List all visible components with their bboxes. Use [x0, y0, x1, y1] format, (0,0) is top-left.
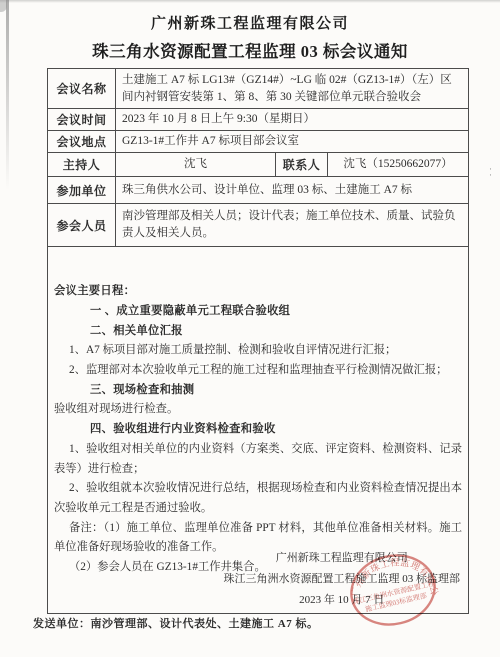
meeting-time-value: 2023 年 10 月 8 日上午 9:30（星期日） [116, 109, 469, 131]
scan-artifact-top-edge [0, 0, 500, 3]
meeting-place-label: 会议地点 [48, 131, 116, 153]
joining-units-label: 参加单位 [48, 177, 116, 204]
agenda-item: 验收组对现场进行检查。 [54, 400, 462, 420]
attendees-label: 参会人员 [48, 204, 116, 247]
meeting-place-value: GZ13-1#工作井 A7 标项目部会议室 [116, 131, 469, 153]
meeting-name-label: 会议名称 [48, 69, 116, 109]
agenda-item: 四、验收组进行内业资料检查和验收 [54, 420, 462, 440]
footer-send-units: 发送单位：南沙管理部、设计代表处、土建施工 A7 标。 [33, 615, 318, 631]
scanned-meeting-notice-page: ·· 广州新珠工程监理有限公司 珠三角水资源配置工程监理 03 标会议通知 会议… [0, 0, 500, 657]
agenda-item: 2、验收组就本次验收情况进行总结，根据现场检查和内业资料检查情况提出本次验收单元… [54, 479, 462, 518]
notice-title: 珠三角水资源配置工程监理 03 标会议通知 [0, 38, 500, 62]
contact-value: 沈飞（15250662077） [328, 153, 469, 177]
host-label: 主持人 [48, 153, 116, 177]
row-meeting-name: 会议名称 土建施工 A7 标 LG13#（GZ14#）~LG 临 02#（GZ1… [48, 69, 469, 109]
row-meeting-place: 会议地点 GZ13-1#工作井 A7 标项目部会议室 [48, 131, 469, 153]
scan-artifact-mark: ·· [489, 166, 493, 178]
agenda-item: 一 、成立重要隐蔽单元工程联合验收组 [54, 302, 462, 322]
meeting-info-table: 会议名称 土建施工 A7 标 LG13#（GZ14#）~LG 临 02#（GZ1… [47, 68, 469, 614]
agenda-item: 1、A7 标项目部对施工质量控制、检测和验收自评情况进行汇报； [54, 341, 462, 361]
company-title: 广州新珠工程监理有限公司 [0, 12, 500, 33]
agenda-item: 三、现场检查和抽测 [54, 381, 462, 401]
contact-label: 联系人 [276, 153, 328, 177]
row-meeting-time: 会议时间 2023 年 10 月 8 日上午 9:30（星期日） [48, 109, 469, 131]
row-host: 主持人 沈飞 联系人 沈飞（15250662077） [48, 153, 469, 177]
agenda-item: 2、监理部对本次验收单元工程的施工过程和监理抽查平行检测情况做汇报； [54, 361, 462, 381]
attendees-value: 南沙管理部及相关人员；设计代表；施工单位技术、质量、试验负责人及相关人员。 [116, 204, 469, 247]
host-value: 沈飞 [116, 153, 276, 177]
meeting-time-label: 会议时间 [48, 109, 116, 131]
agenda-heading: 会议主要日程： [54, 282, 462, 302]
row-joining-units: 参加单位 珠三角供水公司、设计单位、监理 03 标、土建施工 A7 标 [48, 177, 469, 204]
agenda-item: 1、验收组对相关单位的内业资料（方案类、交底、评定资料、检测资料、记录表等）进行… [54, 440, 462, 479]
joining-units-value: 珠三角供水公司、设计单位、监理 03 标、土建施工 A7 标 [116, 177, 469, 204]
meeting-name-value: 土建施工 A7 标 LG13#（GZ14#）~LG 临 02#（GZ13-1#）… [116, 69, 469, 109]
agenda-item: 二、相关单位汇报 [54, 322, 462, 342]
row-attendees: 参会人员 南沙管理部及相关人员；设计代表；施工单位技术、质量、试验负责人及相关人… [48, 204, 469, 247]
